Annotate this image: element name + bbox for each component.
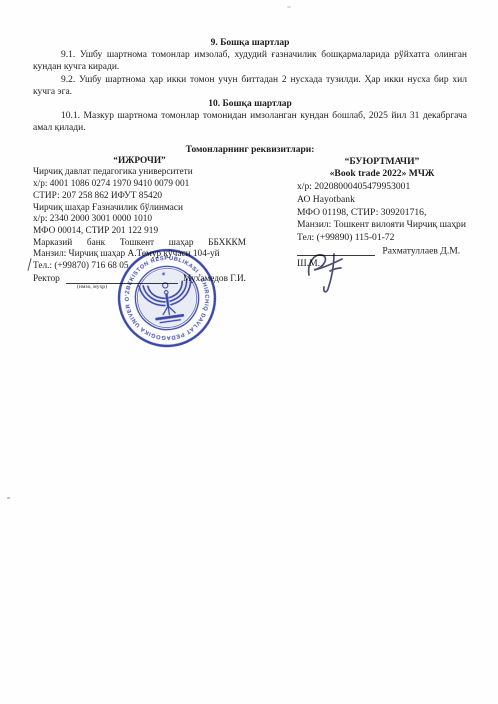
rector-label: Ректор xyxy=(33,274,60,286)
customer-phone: Тел: (+99890) 115-01-72 xyxy=(297,232,467,245)
contract-page: 9. Бошқа шартлар 9.1. Ушбу шартнома томо… xyxy=(0,0,498,704)
executor-account-1: х/р: 4001 1086 0274 1970 9410 0079 001 xyxy=(33,179,246,191)
requisites-title: Томонларнинг реквизитлари: xyxy=(33,144,467,156)
executor-org-name: Чирчиқ давлат педагогика университети xyxy=(33,167,246,179)
customer-role-heading: “БУЮРТМАЧИ” xyxy=(297,156,467,169)
executor-tax-id: СТИР: 207 258 862 ИФУТ 85420 xyxy=(33,191,246,203)
executor-role-heading: “ИЖРОЧИ” xyxy=(33,156,246,168)
executor-address: Манзил: Чирчиқ шаҳар А.Темур кўчаси 104-… xyxy=(33,249,246,261)
executor-account-2: х/р: 2340 2000 3001 0000 1010 xyxy=(33,214,246,226)
scan-speck xyxy=(287,6,291,8)
rector-signature-line xyxy=(66,273,178,284)
executor-bank: Марказий банк Тошкент шаҳар ББХККМ xyxy=(33,238,246,250)
scan-speck xyxy=(7,497,10,499)
customer-signature-row: Рахматуллаев Д.М. xyxy=(297,245,467,258)
customer-signature-line xyxy=(297,245,375,256)
executor-signature-row: Ректор Мухамедов Г.И. (имзо, муҳр) xyxy=(33,273,246,286)
executor-phone: Тел.: (+99870) 716 68 05 xyxy=(33,261,246,273)
requisites-columns: “ИЖРОЧИ” Чирчиқ давлат педагогика универ… xyxy=(33,156,467,286)
document-body: 9. Бошқа шартлар 9.1. Ушбу шартнома томо… xyxy=(33,37,467,286)
stray-pen-mark xyxy=(27,258,31,271)
customer-mfo-stir: МФО 01198, СТИР: 309201716, xyxy=(297,207,467,220)
clause-10-1: 10.1. Мазкур шартнома томонлар томонидан… xyxy=(33,110,467,135)
rector-name: Мухамедов Г.И. xyxy=(183,274,246,286)
customer-account: х/р: 20208000405479953001 xyxy=(297,181,467,194)
customer-address: Манзил: Тошкент вилояти Чирчиқ шаҳри xyxy=(297,219,467,232)
executor-column: “ИЖРОЧИ” Чирчиқ давлат педагогика универ… xyxy=(33,156,246,286)
executor-treasury-branch: Чирчиқ шаҳар Ғазначилик бўлинмаси xyxy=(33,203,246,215)
clause-9-1: 9.1. Ушбу шартнома томонлар имзолаб, худ… xyxy=(33,49,467,74)
customer-bank: АО Hayotbank xyxy=(297,194,467,207)
executor-mfo-stir: МФО 00014, СТИР 201 122 919 xyxy=(33,226,246,238)
customer-column: “БУЮРТМАЧИ” «Book trade 2022» МЧЖ х/р: 2… xyxy=(297,156,467,286)
customer-company-name: «Book trade 2022» МЧЖ xyxy=(297,168,467,181)
clause-9-2: 9.2. Ушбу шартнома ҳар икки томон учун б… xyxy=(33,74,467,99)
customer-signer-name: Рахматуллаев Д.М. xyxy=(382,245,460,256)
customer-seal-label: Ш.М. xyxy=(297,258,467,271)
section-10-title: 10. Бошқа шартлар xyxy=(33,98,467,110)
section-9-title: 9. Бошқа шартлар xyxy=(33,37,467,49)
signature-stamp-hint: (имзо, муҳр) xyxy=(77,284,107,290)
